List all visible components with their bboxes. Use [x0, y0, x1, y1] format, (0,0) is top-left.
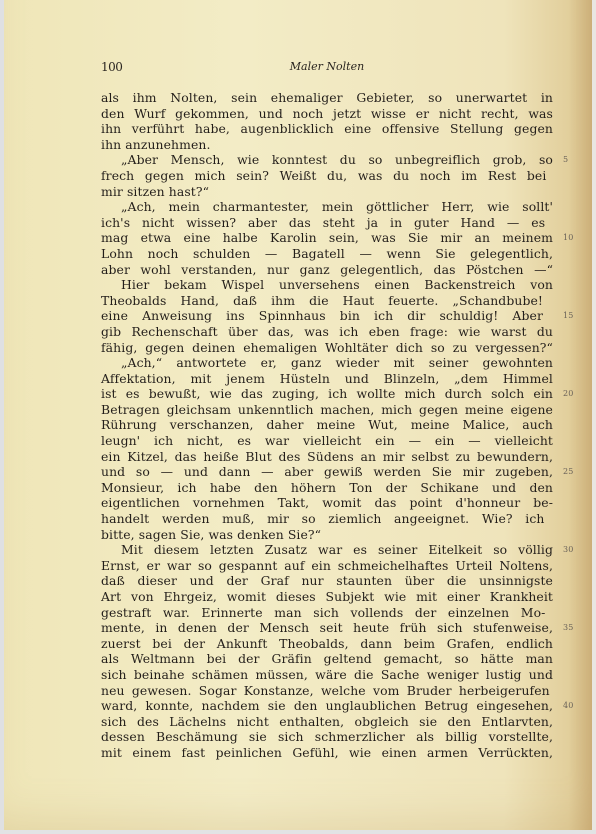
- line-text: Ernst, er war so gespannt auf ein schmei…: [101, 558, 553, 574]
- line-text: Art von Ehrgeiz, womit dieses Subjekt wi…: [101, 589, 553, 605]
- line-text: leugn' ich nicht, es war vielleicht ein …: [101, 433, 553, 449]
- text-line: ihn verführt habe, augenblicklich eine o…: [101, 121, 553, 137]
- line-text: Lohn noch schulden — Bagatell — wenn Sie…: [101, 246, 553, 262]
- text-line: zuerst bei der Ankunft Theobalds, dann b…: [101, 636, 553, 652]
- line-text: mag etwa eine halbe Karolin sein, was Si…: [101, 230, 553, 246]
- line-number: 20: [563, 386, 573, 402]
- line-text: als ihm Nolten, sein ehemaliger Gebieter…: [101, 90, 553, 106]
- text-line: bitte, sagen Sie, was denken Sie?“: [101, 527, 553, 543]
- line-text: ihn anzunehmen.: [101, 137, 211, 153]
- line-number: 5: [563, 152, 568, 168]
- line-text: „Ach,“ antwortete er, ganz wieder mit se…: [121, 355, 553, 371]
- text-line: als ihm Nolten, sein ehemaliger Gebieter…: [101, 90, 553, 106]
- text-line: sich beinahe schämen müssen, wäre die Sa…: [101, 667, 553, 683]
- text-line: gib Rechenschaft über das, was ich eben …: [101, 324, 553, 340]
- line-text: und so — und dann — aber gewiß werden Si…: [101, 464, 553, 480]
- text-line: und so — und dann — aber gewiß werden Si…: [101, 464, 553, 480]
- scan-margin-bottom: [0, 830, 596, 834]
- line-text: aber wohl verstanden, nur ganz gelegentl…: [101, 262, 553, 278]
- text-line: Theobalds Hand, daß ihm die Haut feuerte…: [101, 293, 553, 309]
- line-text: Mit diesem letzten Zusatz war es seiner …: [121, 542, 553, 558]
- line-text: mente, in denen der Mensch seit heute fr…: [101, 620, 553, 636]
- text-line: Mit diesem letzten Zusatz war es seiner …: [101, 542, 553, 558]
- line-text: mir sitzen hast?“: [101, 184, 209, 200]
- body-text: als ihm Nolten, sein ehemaliger Gebieter…: [101, 90, 553, 761]
- line-text: ein Kitzel, das heiße Blut des Südens an…: [101, 449, 553, 465]
- text-line: Betragen gleichsam unkenntlich machen, m…: [101, 402, 553, 418]
- line-text: gib Rechenschaft über das, was ich eben …: [101, 324, 553, 340]
- text-line: Art von Ehrgeiz, womit dieses Subjekt wi…: [101, 589, 553, 605]
- text-line: ich's nicht wissen? aber das steht ja in…: [101, 215, 553, 231]
- line-text: ich's nicht wissen? aber das steht ja in…: [101, 215, 545, 231]
- line-text: neu gewesen. Sogar Konstanze, welche vom…: [101, 683, 550, 699]
- line-text: frech gegen mich sein? Weißt du, was du …: [101, 168, 546, 184]
- line-text: Betragen gleichsam unkenntlich machen, m…: [101, 402, 553, 418]
- line-number: 10: [563, 230, 573, 246]
- line-number: 30: [563, 542, 573, 558]
- text-line: mente, in denen der Mensch seit heute fr…: [101, 620, 553, 636]
- text-line: eine Anweisung ins Spinnhaus bin ich dir…: [101, 308, 553, 324]
- line-text: bitte, sagen Sie, was denken Sie?“: [101, 527, 321, 543]
- line-text: Theobalds Hand, daß ihm die Haut feuerte…: [101, 293, 543, 309]
- text-line: daß dieser und der Graf nur staunten übe…: [101, 573, 553, 589]
- line-text: daß dieser und der Graf nur staunten übe…: [101, 573, 553, 589]
- text-line: mir sitzen hast?“: [101, 184, 553, 200]
- line-text: ward, konnte, nachdem sie den unglaublic…: [101, 698, 553, 714]
- text-line: als Weltmann bei der Gräfin geltend gema…: [101, 651, 553, 667]
- text-line: „Ach, mein charmantester, mein göttliche…: [101, 199, 553, 215]
- text-line: Ernst, er war so gespannt auf ein schmei…: [101, 558, 553, 574]
- running-title: Maler Nolten: [101, 60, 553, 73]
- text-line: Rührung verschanzen, daher meine Wut, me…: [101, 417, 553, 433]
- text-line: den Wurf gekommen, und noch jetzt wisse …: [101, 106, 553, 122]
- line-text: zuerst bei der Ankunft Theobalds, dann b…: [101, 636, 553, 652]
- line-text: sich beinahe schämen müssen, wäre die Sa…: [101, 667, 553, 683]
- text-line: „Ach,“ antwortete er, ganz wieder mit se…: [101, 355, 553, 371]
- line-text: „Ach, mein charmantester, mein göttliche…: [121, 199, 553, 215]
- line-number: 15: [563, 308, 573, 324]
- text-line: Lohn noch schulden — Bagatell — wenn Sie…: [101, 246, 553, 262]
- line-text: eigentlichen vornehmen Takt, womit das p…: [101, 495, 553, 511]
- line-text: Rührung verschanzen, daher meine Wut, me…: [101, 417, 553, 433]
- text-line: fähig, gegen deinen ehemaligen Wohltäter…: [101, 340, 553, 356]
- text-line: mag etwa eine halbe Karolin sein, was Si…: [101, 230, 553, 246]
- text-line: sich des Lächelns nicht enthalten, obgle…: [101, 714, 553, 730]
- text-line: neu gewesen. Sogar Konstanze, welche vom…: [101, 683, 553, 699]
- line-text: „Aber Mensch, wie konntest du so unbegre…: [121, 152, 553, 168]
- text-line: ihn anzunehmen.: [101, 137, 553, 153]
- line-text: fähig, gegen deinen ehemaligen Wohltäter…: [101, 340, 553, 356]
- text-line: Hier bekam Wispel unversehens einen Back…: [101, 277, 553, 293]
- text-line: gestraft war. Erinnerte man sich vollend…: [101, 605, 553, 621]
- line-number: 35: [563, 620, 573, 636]
- line-text: gestraft war. Erinnerte man sich vollend…: [101, 605, 545, 621]
- text-line: mit einem fast peinlichen Gefühl, wie ei…: [101, 745, 553, 761]
- line-text: Hier bekam Wispel unversehens einen Back…: [121, 277, 553, 293]
- text-line: eigentlichen vornehmen Takt, womit das p…: [101, 495, 553, 511]
- line-text: den Wurf gekommen, und noch jetzt wisse …: [101, 106, 553, 122]
- text-line: ein Kitzel, das heiße Blut des Südens an…: [101, 449, 553, 465]
- line-text: ist es bewußt, wie das zuging, ich wollt…: [101, 386, 553, 402]
- line-text: als Weltmann bei der Gräfin geltend gema…: [101, 651, 553, 667]
- line-text: ihn verführt habe, augenblicklich eine o…: [101, 121, 553, 137]
- text-line: aber wohl verstanden, nur ganz gelegentl…: [101, 262, 553, 278]
- page-header: 100 Maler Nolten: [101, 60, 553, 76]
- text-line: ward, konnte, nachdem sie den unglaublic…: [101, 698, 553, 714]
- line-text: handelt werden muß, mir so ziemlich ange…: [101, 511, 544, 527]
- text-line: frech gegen mich sein? Weißt du, was du …: [101, 168, 553, 184]
- text-line: Affektation, mit jenem Hüsteln und Blinz…: [101, 371, 553, 387]
- text-line: dessen Beschämung sie sich schmerzlicher…: [101, 729, 553, 745]
- line-text: Affektation, mit jenem Hüsteln und Blinz…: [101, 371, 553, 387]
- line-text: dessen Beschämung sie sich schmerzlicher…: [101, 729, 553, 745]
- text-line: handelt werden muß, mir so ziemlich ange…: [101, 511, 553, 527]
- line-number: 40: [563, 698, 573, 714]
- text-line: „Aber Mensch, wie konntest du so unbegre…: [101, 152, 553, 168]
- text-line: Monsieur, ich habe den höhern Ton der Sc…: [101, 480, 553, 496]
- text-line: ist es bewußt, wie das zuging, ich wollt…: [101, 386, 553, 402]
- line-number: 25: [563, 464, 573, 480]
- line-text: eine Anweisung ins Spinnhaus bin ich dir…: [101, 308, 543, 324]
- line-text: mit einem fast peinlichen Gefühl, wie ei…: [101, 745, 553, 761]
- line-text: Monsieur, ich habe den höhern Ton der Sc…: [101, 480, 553, 496]
- line-text: sich des Lächelns nicht enthalten, obgle…: [101, 714, 553, 730]
- text-line: leugn' ich nicht, es war vielleicht ein …: [101, 433, 553, 449]
